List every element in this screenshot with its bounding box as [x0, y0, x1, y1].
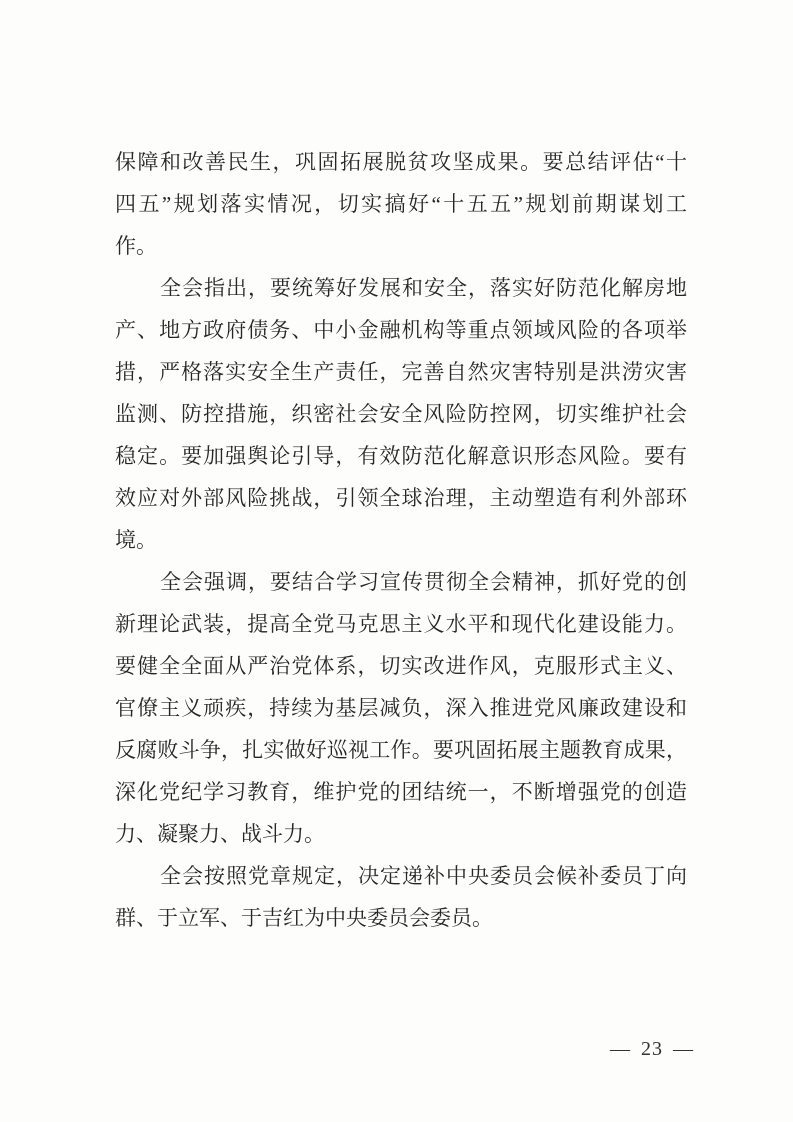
paragraph-2: 全会指出，要统筹好发展和安全，落实好防范化解房地 产、地方政府债务、中小金融机构… [115, 267, 687, 561]
text-line: 全会强调，要结合学习宣传贯彻全会精神，抓好党的创 [115, 561, 687, 603]
text-line: 四五”规划落实情况，切实搞好“十五五”规划前期谋划工 [115, 183, 687, 225]
text-line: 保障和改善民生，巩固拓展脱贫攻坚成果。要总结评估“十 [115, 141, 687, 183]
text-line: 全会按照党章规定，决定递补中央委员会候补委员丁向 [115, 855, 687, 897]
text-line: 作。 [115, 225, 687, 267]
paragraph-3: 全会强调，要结合学习宣传贯彻全会精神，抓好党的创 新理论武装，提高全党马克思主义… [115, 561, 687, 855]
scanned-document-page: 保障和改善民生，巩固拓展脱贫攻坚成果。要总结评估“十 四五”规划落实情况，切实搞… [0, 0, 793, 1122]
text-line: 力、凝聚力、战斗力。 [115, 813, 687, 855]
text-line: 深化党纪学习教育，维护党的团结统一，不断增强党的创造 [115, 771, 687, 813]
text-line: 监测、防控措施，织密社会安全风险防控网，切实维护社会 [115, 393, 687, 435]
text-line: 反腐败斗争，扎实做好巡视工作。要巩固拓展主题教育成果， [115, 729, 687, 771]
page-footer: — 23 — [610, 1038, 694, 1061]
text-line: 新理论武装，提高全党马克思主义水平和现代化建设能力。 [115, 603, 687, 645]
text-line: 要健全全面从严治党体系，切实改进作风，克服形式主义、 [115, 645, 687, 687]
text-line: 群、于立军、于吉红为中央委员会委员。 [115, 897, 687, 939]
page-number: 23 [641, 1038, 663, 1061]
footer-dash-right: — [673, 1038, 694, 1061]
paragraph-4: 全会按照党章规定，决定递补中央委员会候补委员丁向 群、于立军、于吉红为中央委员会… [115, 855, 687, 939]
text-line: 稳定。要加强舆论引导，有效防范化解意识形态风险。要有 [115, 435, 687, 477]
text-line: 措，严格落实安全生产责任，完善自然灾害特别是洪涝灾害 [115, 351, 687, 393]
paragraph-1: 保障和改善民生，巩固拓展脱贫攻坚成果。要总结评估“十 四五”规划落实情况，切实搞… [115, 141, 687, 267]
document-body: 保障和改善民生，巩固拓展脱贫攻坚成果。要总结评估“十 四五”规划落实情况，切实搞… [115, 141, 687, 939]
text-line: 境。 [115, 519, 687, 561]
text-line: 官僚主义顽疾，持续为基层减负，深入推进党风廉政建设和 [115, 687, 687, 729]
text-line: 产、地方政府债务、中小金融机构等重点领域风险的各项举 [115, 309, 687, 351]
text-line: 效应对外部风险挑战，引领全球治理，主动塑造有利外部环 [115, 477, 687, 519]
footer-dash-left: — [610, 1038, 631, 1061]
text-line: 全会指出，要统筹好发展和安全，落实好防范化解房地 [115, 267, 687, 309]
